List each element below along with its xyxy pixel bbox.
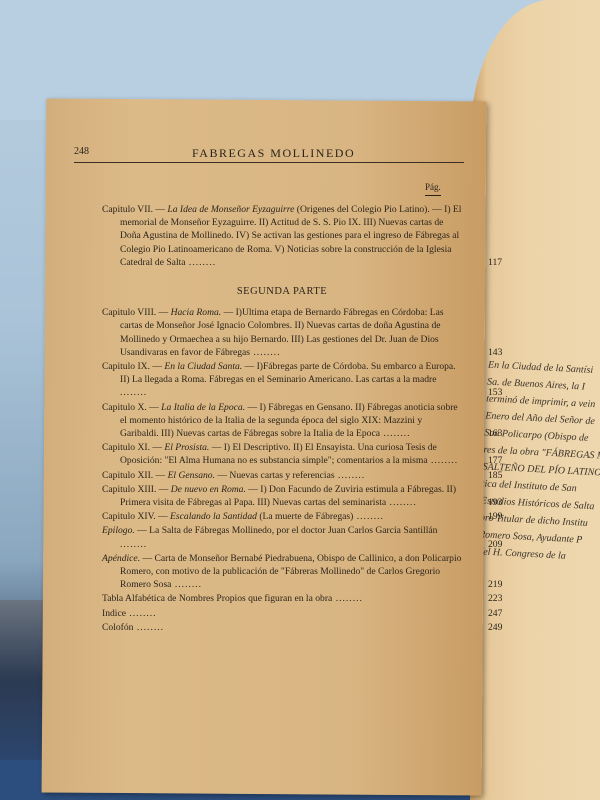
entry-prefix: Capitulo X. — [102,402,161,413]
pag-label: Pág. [425,182,441,196]
leader-dots: ........ [133,622,164,633]
table-of-contents: Capitulo VII. — La Idea de Monseñor Eyza… [102,203,462,635]
toc-entry: Apéndice. — Carta de Monseñor Bernabé Pi… [102,552,462,592]
leader-dots: ........ [250,347,281,358]
entry-title: La Italia de la Epoca. [161,402,245,413]
entry-prefix: Capitulo XI. — [102,442,164,453]
entry-prefix: Capitulo IX. — [102,361,164,372]
entry-prefix: Capitulo VII. — [102,204,167,215]
entry-prefix: Capitulo VIII. — [102,307,171,318]
entry-title: Epilogo. [102,525,135,536]
leader-dots: ........ [386,497,417,508]
entry-prefix: Capitulo XIII. — [102,484,171,495]
toc-entry: Capitulo VIII. — Hacia Roma. — I)Ultima … [102,306,462,359]
leader-dots: ........ [186,257,217,268]
toc-entry: Epilogo. — La Salta de Fábregas Mollined… [102,524,462,550]
entry-prefix: Capitulo XII. — [102,470,168,481]
toc-entry: Capitulo IX. — En la Ciudad Santa. — I)F… [102,360,462,400]
toc-entry: Colofón ........249 [102,621,462,634]
entry-text: Indice [102,608,126,619]
entry-title: El Prosista. [164,442,209,453]
leader-dots: ........ [120,539,147,550]
leader-dots: ........ [171,579,202,590]
leader-dots: ........ [126,608,157,619]
toc-entry: Capitulo XI. — El Prosista. — I) El Desc… [102,441,462,467]
part-heading: SEGUNDA PARTE [102,285,462,298]
toc-entry: Indice ........247 [102,607,462,620]
entry-title: El Gensano. [168,470,215,481]
entry-title: Escalando la Santidad [170,511,257,522]
entry-title: En la Ciudad Santa. [164,361,242,372]
entry-prefix: Capitulo XIV. — [102,511,170,522]
leader-dots: ........ [380,428,411,439]
entry-text: — La Salta de Fábregas Mollinedo, por el… [135,525,438,536]
entry-text: Colofón [102,622,133,633]
toc-entry: Capitulo XIV. — Escalando la Santidad (L… [102,510,462,523]
entry-title: La Idea de Monseñor Eyzaguirre [167,204,294,215]
running-head: 248 FABREGAS MOLLINEDO [74,146,464,163]
leader-dots: ........ [332,593,363,604]
entry-text: (La muerte de Fábregas) [257,511,353,522]
entry-text: Tabla Alfabética de Nombres Propios que … [102,593,332,604]
leader-dots: ........ [353,511,384,522]
toc-entry: Capitulo X. — La Italia de la Epoca. — I… [102,401,462,441]
leader-dots: ........ [428,455,459,466]
toc-entry: Capitulo VII. — La Idea de Monseñor Eyza… [102,203,462,269]
entry-title: De nuevo en Roma. [171,484,246,495]
leader-dots: ........ [335,470,366,481]
entry-text: — Nuevas cartas y referencias [215,470,335,481]
running-title: FABREGAS MOLLINEDO [192,146,355,161]
leader-dots: ........ [120,387,147,398]
entry-title: Apéndice. [102,553,140,564]
page-number: 248 [74,146,89,157]
entry-title: Hacia Roma. [171,307,222,318]
toc-entry: Capitulo XII. — El Gensano. — Nuevas car… [102,469,462,482]
toc-entry: Tabla Alfabética de Nombres Propios que … [102,592,462,605]
toc-entry: Capitulo XIII. — De nuevo en Roma. — I) … [102,483,462,509]
